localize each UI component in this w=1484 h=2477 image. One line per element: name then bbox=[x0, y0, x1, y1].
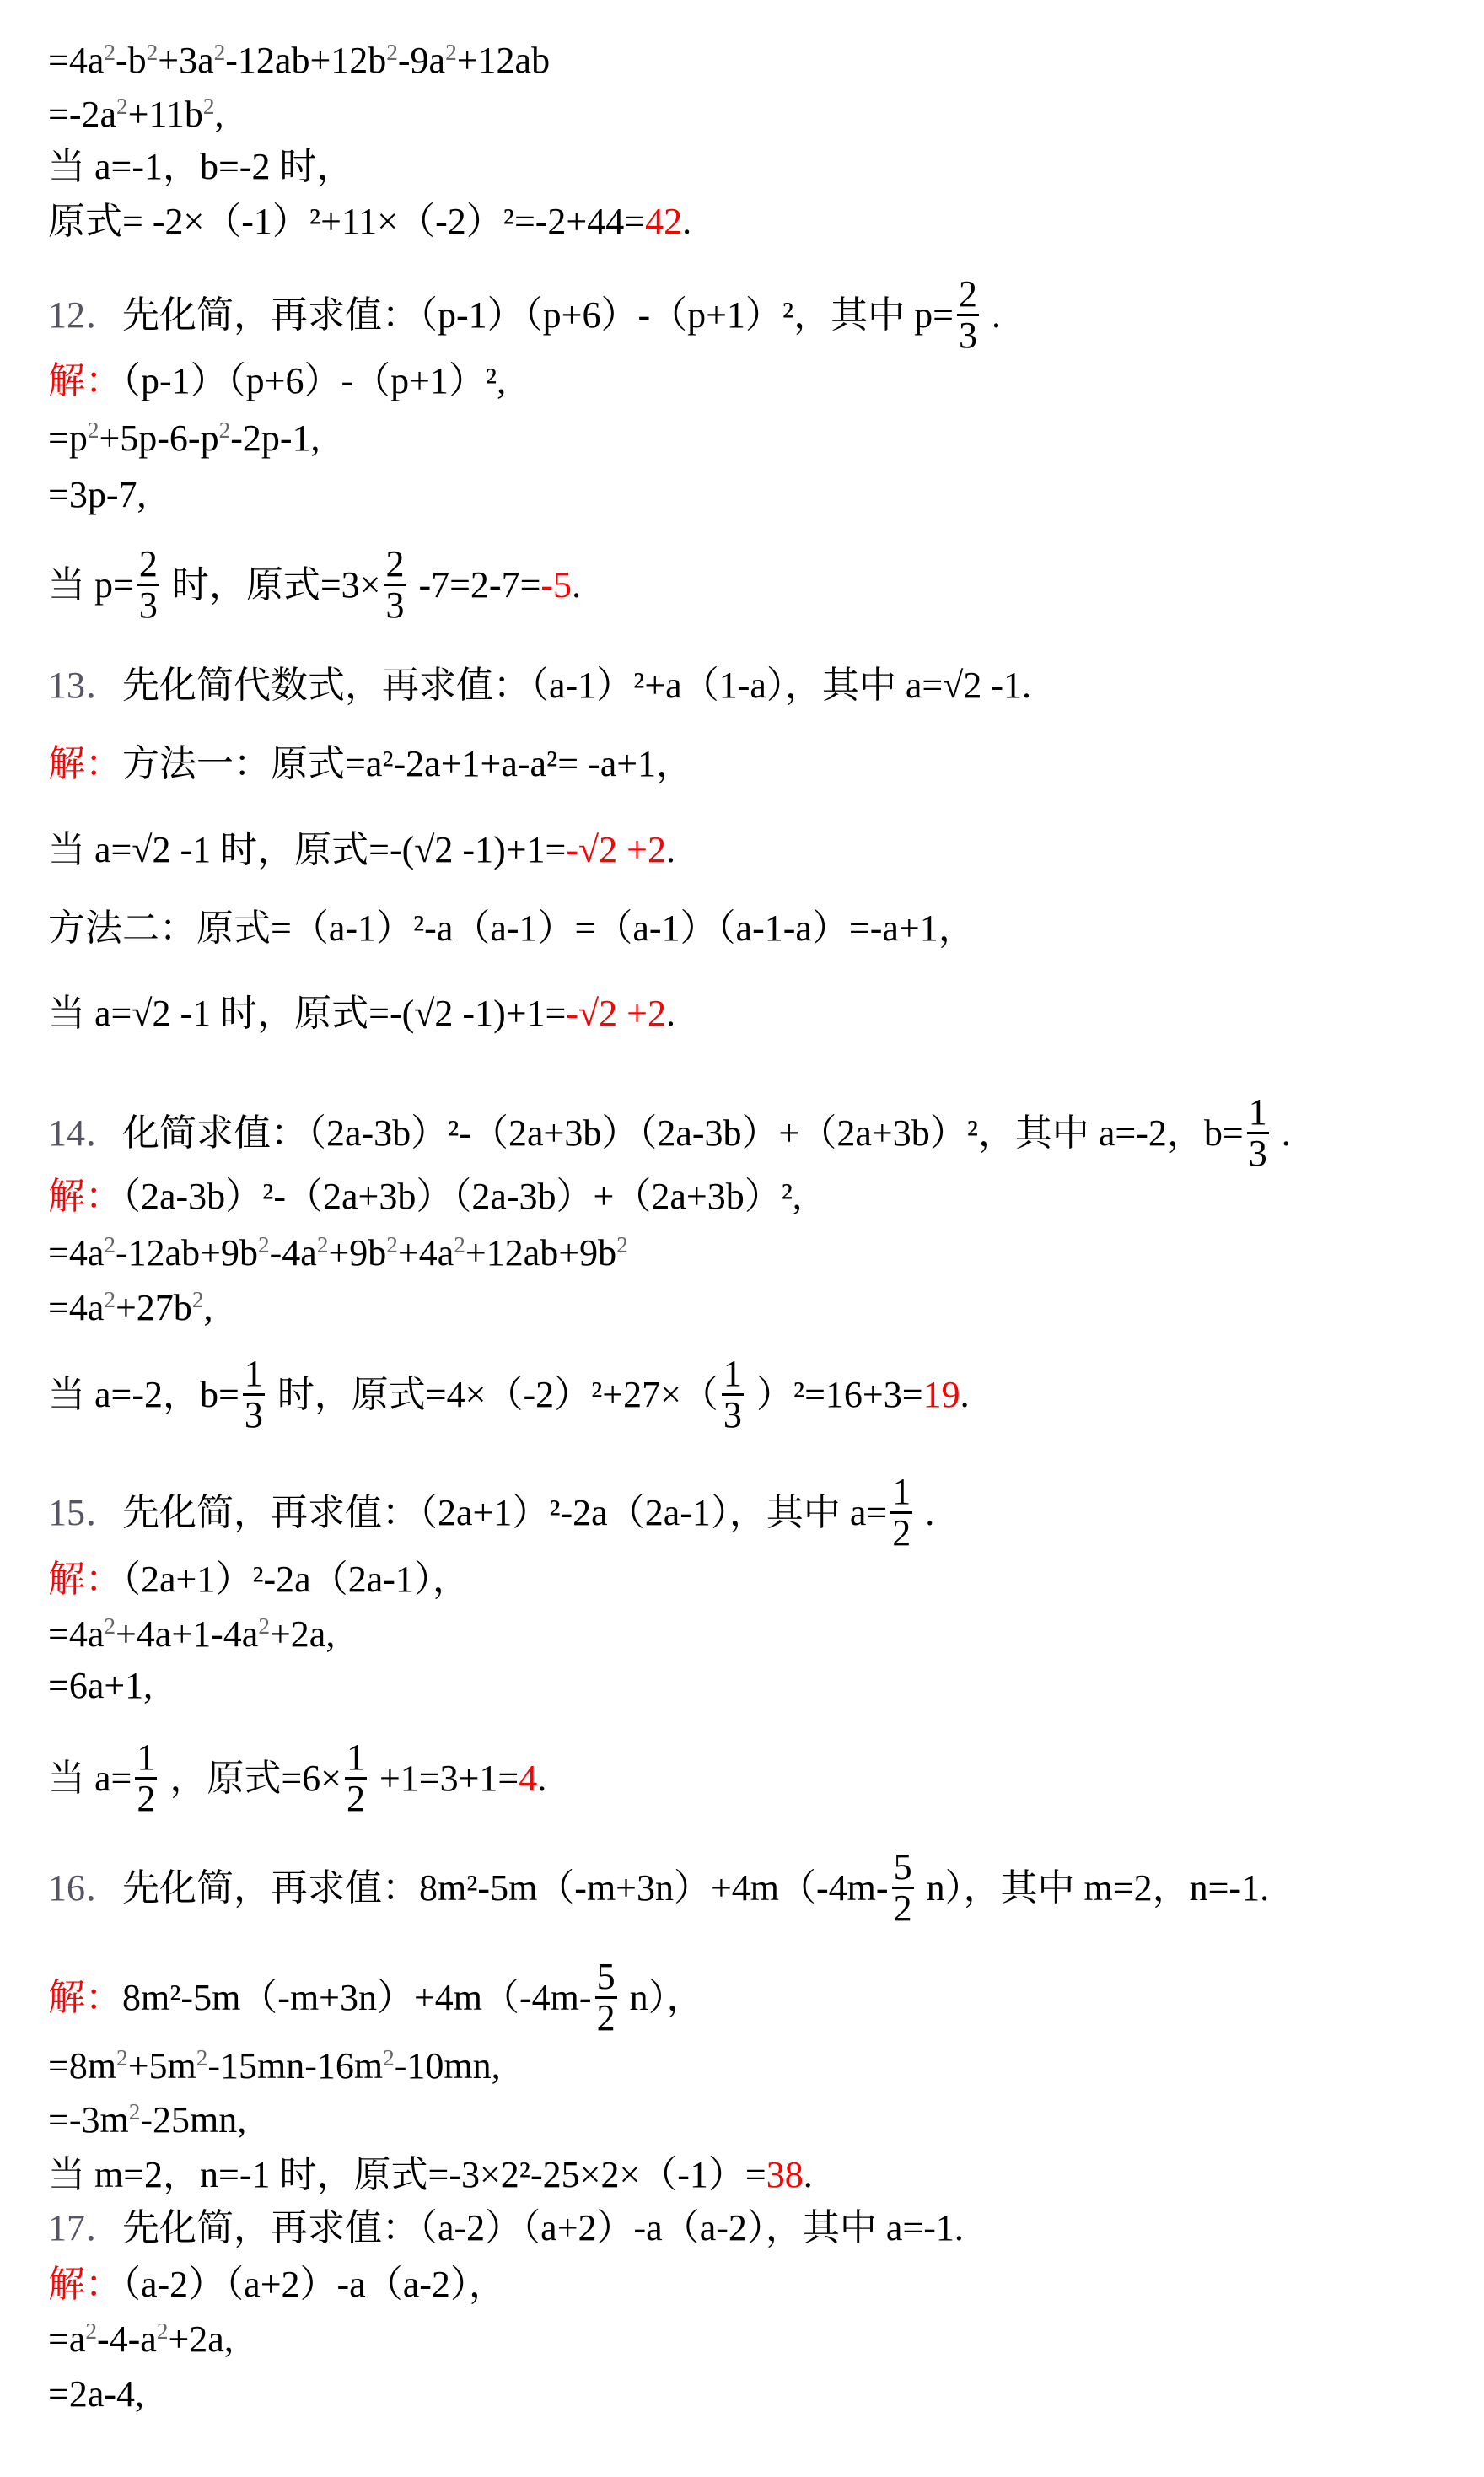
problem-14-solution-start: 解：（2a-3b）²-（2a+3b）（2a-3b）+（2a+3b）², bbox=[48, 1178, 802, 1215]
problem-15-step: =6a+1, bbox=[48, 1667, 153, 1704]
problem-16-solution-start: 解：8m²-5m（-m+3n）+4m（-4m-52 n）， bbox=[48, 1961, 704, 2041]
solution-label: 解： bbox=[48, 1977, 122, 2018]
answer-value: 42 bbox=[645, 201, 682, 242]
solution-label: 解： bbox=[48, 2264, 122, 2305]
answer-value: 4 bbox=[519, 1758, 537, 1799]
problem-17-step: =2a-4, bbox=[48, 2376, 144, 2413]
problem-14-question: 14．化简求值：（2a-3b）²-（2a+3b）（2a-3b）+（2a+3b）²… bbox=[48, 1096, 1291, 1177]
problem-13-method2: 方法二：原式=（a-1）²-a（a-1）=（a-1）（a-1-a）=-a+1， bbox=[48, 910, 976, 947]
problem-13-method1-final: 当 a=√2 -1 时，原式=-(√2 -1)+1=-√2 +2. bbox=[48, 832, 675, 869]
problem-12-solution-start: 解：（p-1）（p+6）-（p+1）², bbox=[48, 363, 506, 400]
problem-12-final: 当 p=23 时，原式=3×23 -7=2-7=-5. bbox=[48, 548, 581, 628]
problem-15-final: 当 a=12 ，原式=6×12 +1=3+1=4. bbox=[48, 1742, 546, 1822]
problem-13-question: 13．先化简代数式，再求值：（a-1）²+a（1-a），其中 a=√2 -1. bbox=[48, 667, 1031, 704]
problem-17-step: =a2-4-a2+2a, bbox=[48, 2321, 234, 2358]
solution-label: 解： bbox=[48, 1559, 122, 1600]
problem-13-method2-final: 当 a=√2 -1 时，原式=-(√2 -1)+1=-√2 +2. bbox=[48, 995, 675, 1032]
line-evaluation: 原式= -2×（-1）²+11×（-2）²=-2+44=42. bbox=[48, 203, 691, 240]
problem-12-step: =p2+5p-6-p2-2p-1, bbox=[48, 420, 320, 457]
problem-14-final: 当 a=-2，b=13 时，原式=4×（-2）²+27×（13 ）²=16+3=… bbox=[48, 1358, 970, 1438]
problem-14-step: =4a2-12ab+9b2-4a2+9b2+4a2+12ab+9b2 bbox=[48, 1235, 628, 1272]
problem-15-step: =4a2+4a+1-4a2+2a, bbox=[48, 1616, 335, 1653]
solution-label: 解： bbox=[48, 1176, 122, 1217]
fraction: 23 bbox=[957, 275, 979, 355]
problem-13-method1: 解：方法一：原式=a²-2a+1+a-a²= -a+1， bbox=[48, 746, 693, 783]
line-simplified: =-2a2+11b2, bbox=[48, 96, 223, 133]
problem-15-question: 15．先化简，再求值：（2a+1）²-2a（2a-1），其中 a=12 . bbox=[48, 1476, 934, 1556]
solution-label: 解： bbox=[48, 743, 122, 784]
problem-17-solution-start: 解：（a-2）（a+2）-a（a-2）， bbox=[48, 2266, 506, 2303]
answer-value: -√2 +2 bbox=[566, 829, 666, 870]
problem-16-step: =-3m2-25mn, bbox=[48, 2102, 246, 2139]
answer-value: 19 bbox=[923, 1374, 960, 1415]
problem-12-question: 12．先化简，再求值：（p-1）（p+6）-（p+1）²，其中 p=23 . bbox=[48, 278, 1001, 358]
answer-value: 38 bbox=[766, 2154, 804, 2195]
line-condition: 当 a=-1，b=-2 时， bbox=[48, 148, 353, 186]
problem-12-step: =3p-7, bbox=[48, 477, 146, 514]
problem-16-question: 16．先化简，再求值：8m²-5m（-m+3n）+4m（-4m-52 n），其中… bbox=[48, 1851, 1269, 1931]
line-expansion: =4a2-b2+3a2-12ab+12b2-9a2+12ab bbox=[48, 42, 550, 79]
problem-16-final: 当 m=2，n=-1 时，原式=-3×2²-25×2×（-1）=38. bbox=[48, 2157, 813, 2194]
answer-value: -√2 +2 bbox=[566, 993, 666, 1034]
solution-label: 解： bbox=[48, 360, 122, 401]
problem-14-step: =4a2+27b2, bbox=[48, 1290, 212, 1327]
problem-15-solution-start: 解：（2a+1）²-2a（2a-1）， bbox=[48, 1561, 470, 1598]
problem-17-question: 17．先化简，再求值：（a-2）（a+2）-a（a-2），其中 a=-1. bbox=[48, 2210, 964, 2247]
answer-value: -5 bbox=[540, 564, 572, 606]
problem-16-step: =8m2+5m2-15mn-16m2-10mn, bbox=[48, 2048, 501, 2085]
